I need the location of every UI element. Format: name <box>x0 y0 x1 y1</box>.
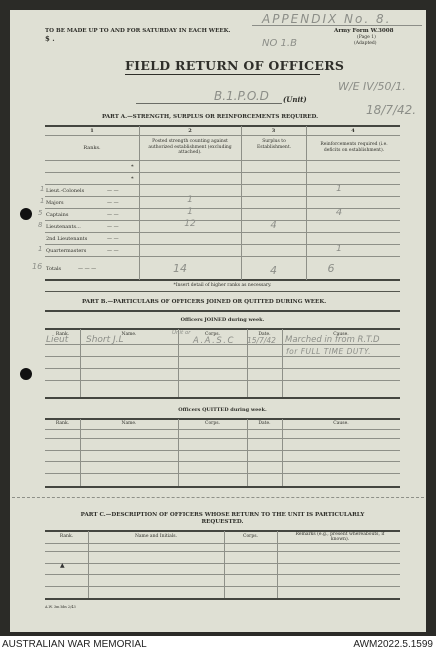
col-header-surplus: Surplus to Establishment. <box>252 139 296 150</box>
rank-label: Quartermasters <box>46 248 86 254</box>
quitted-title: Officers QUITTED during week. <box>45 407 400 413</box>
col-number-2: 2 <box>139 128 241 134</box>
rank-label: Captains <box>46 212 68 218</box>
instruction-mark: $ . <box>45 34 55 43</box>
col-header-reinforcements: Reinforcements required (i.e. deficits o… <box>312 142 396 153</box>
col-header-posted: Posted strength counting against authori… <box>145 139 235 156</box>
cursor-arrow-icon: ▲ <box>60 562 65 569</box>
col-number-4: 4 <box>306 128 400 134</box>
instruction-text: TO BE MADE UP TO AND FOR SATURDAY IN EAC… <box>45 28 230 34</box>
title-underline <box>125 74 320 75</box>
unit-line <box>136 103 282 104</box>
part-a-footnote: *Insert detail of higher ranks as necess… <box>45 283 400 288</box>
part-c-title-2: REQUESTED. <box>45 519 400 525</box>
institution-name: AUSTRALIAN WAR MEMORIAL <box>2 639 147 650</box>
totals-label: Totals <box>46 266 61 272</box>
no-handwritten: NO 1.B <box>262 38 297 49</box>
totals-posted: 14 <box>139 262 221 275</box>
print-code: A.W. 3m bbs 2/43 <box>45 605 76 609</box>
col-number-1: 1 <box>45 128 139 134</box>
part-a-title: PART A.—STRENGTH, SURPLUS OR REINFORCEME… <box>102 114 318 120</box>
form-adapted: (Adapted) <box>354 41 377 46</box>
unit-value: B.1.P.O.D <box>214 89 269 103</box>
date-handwritten: 18/7/42. <box>366 103 416 117</box>
part-b-title: PART B.—PARTICULARS OF OFFICERS JOINED O… <box>82 299 326 305</box>
we-handwritten: W/E IV/50/1. <box>338 80 406 93</box>
rank-label: Majors <box>46 200 64 206</box>
totals-reinf: 6 <box>306 262 356 275</box>
rank-label: 2nd Lieutenants <box>46 236 87 242</box>
col-number-3: 3 <box>241 128 306 134</box>
punch-hole-bottom <box>20 368 32 380</box>
rank-label: Lieutenants... <box>46 224 81 230</box>
asterisk-2: * <box>131 176 134 182</box>
joined-title: Officers JOINED during week. <box>45 317 400 323</box>
part-c-title-1: PART C.—DESCRIPTION OF OFFICERS WHOSE RE… <box>45 512 400 518</box>
appendix-underline <box>252 25 422 26</box>
totals-surplus: 4 <box>241 264 306 277</box>
appendix-handwritten: APPENDIX No. 8. <box>262 12 391 26</box>
unit-label: (Unit) <box>283 95 307 104</box>
page-title: FIELD RETURN OF OFFICERS <box>125 58 344 73</box>
form-page: (Page 1) <box>357 35 376 40</box>
punch-hole-top <box>20 208 32 220</box>
accession-number: AWM2022.5.1599 <box>353 639 433 650</box>
form-number: Army Form W.3008 <box>334 28 394 34</box>
col-header-ranks: Ranks. <box>45 145 139 151</box>
rank-label: Lieut.-Colonels <box>46 188 84 194</box>
asterisk-1: * <box>131 164 134 170</box>
caption-bar: AUSTRALIAN WAR MEMORIAL AWM2022.5.1599 <box>0 636 436 653</box>
section-divider <box>12 497 424 498</box>
